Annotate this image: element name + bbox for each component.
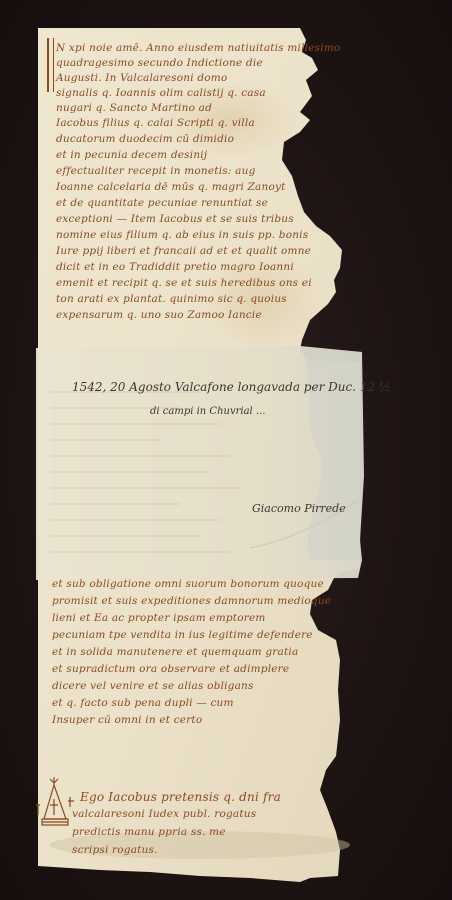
text-line: Ioanne calcelaria dē mūs q. magri Zanoyt xyxy=(56,181,286,193)
text-line: exceptioni — Item Iacobus et se suis tri… xyxy=(56,213,294,225)
subscription-line: scripsi rogatus. xyxy=(72,844,158,856)
notary-signum-icon xyxy=(36,775,76,835)
text-line: dicit et in eo Tradiddit pretio magro Io… xyxy=(56,261,294,273)
subscription-line: predictis manu ppria ss. me xyxy=(72,826,226,838)
text-line: et in pecunia decem desinij xyxy=(56,149,207,161)
text-line: pecuniam tpe vendita in ius legitime def… xyxy=(52,629,313,641)
text-line: expensarum q. uno suo Zamoo Iancie xyxy=(56,309,262,321)
text-line: Iure ppij liberi et francaii ad et et qu… xyxy=(56,245,311,257)
text-line: lieni et Ea ac propter ipsam emptorem xyxy=(52,612,266,624)
main-text-block: N xpi noie amē. Anno eiusdem natiuitatis… xyxy=(0,0,452,900)
text-line: ducatorum duodecim cū dimidio xyxy=(56,133,234,145)
subscription-line: valcalaresoni Iudex publ. rogatus xyxy=(72,808,256,820)
text-line: signalis q. Ioannis olim calistij q. cas… xyxy=(56,87,266,99)
text-line: dicere vel venire et se alias obligans xyxy=(52,680,254,692)
text-line: et sub obligatione omni suorum bonorum q… xyxy=(52,578,324,590)
text-line: promisit et suis expeditiones damnorum m… xyxy=(52,595,331,607)
subscription-line: Ego Iacobus pretensis q. dni fra xyxy=(80,790,281,804)
text-line: et q. facto sub pena dupli — cum xyxy=(52,697,234,709)
text-line: quadragesimo secundo Indictione die xyxy=(56,57,263,69)
text-line: N xpi noie amē. Anno eiusdem natiuitatis… xyxy=(56,42,340,54)
text-line: ton arati ex plantat. quinimo sic q. quo… xyxy=(56,293,287,305)
text-line: et supradictum ora observare et adimpler… xyxy=(52,663,289,675)
text-line: Insuper cū omni in et certo xyxy=(52,714,202,726)
text-line: nugari q. Sancto Martino ad xyxy=(56,102,212,114)
text-line: et de quantitate pecuniae renuntiat se xyxy=(56,197,268,209)
text-line: emenit et recipit q. se et suis heredibu… xyxy=(56,277,312,289)
text-line: Augusti. In Valcalaresoni domo xyxy=(56,72,227,84)
text-line: nomine eius filium q. ab eius in suis pp… xyxy=(56,229,308,241)
text-line: Iacobus filius q. calai Scripti q. villa xyxy=(56,117,255,129)
text-line: et in solida manutenere et quemquam grat… xyxy=(52,646,298,658)
text-line: effectualiter recepit in monetis: aug xyxy=(56,165,256,177)
